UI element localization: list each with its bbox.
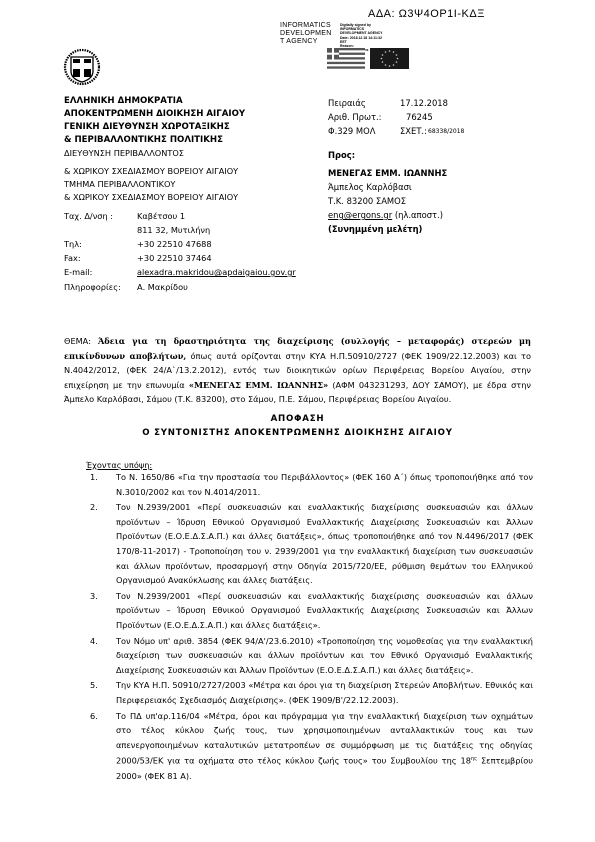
subject-paragraph: ΘΕΜΑ: Άδεια για τη δραστηριότητα της δια… xyxy=(64,334,531,407)
header-republic: ΕΛΛΗΝΙΚΗ ΔΗΜΟΚΡΑΤΙΑ xyxy=(64,96,183,106)
considerations-list: 1.Το Ν. 1650/86 «Για την προστασία του Π… xyxy=(90,470,533,784)
item-number: 1. xyxy=(90,470,98,485)
item-number: 4. xyxy=(90,634,98,649)
ada-code: ΑΔΑ: Ω3Ψ4ΟΡ1Ι-ΚΔΞ xyxy=(368,8,485,20)
info-label: Πληροφορίες: xyxy=(64,282,121,292)
recipient-email-link[interactable]: eng@ergons.gr xyxy=(328,210,392,220)
subject-company: «ΜΕΝΕΓΑΣ ΕΜΜ. ΙΩΑΝΝΗΣ» xyxy=(189,380,328,390)
recipient-name: ΜΕΝΕΓΑΣ ΕΜΜ. ΙΩΑΝΝΗΣ xyxy=(328,168,447,178)
phone-label: Τηλ: xyxy=(64,239,82,249)
item-number: 6. xyxy=(90,709,98,724)
item-text: Τον Ν.2939/2001 «Περί συσκευασιών και εν… xyxy=(116,591,533,630)
subject-label: ΘΕΜΑ: xyxy=(64,336,98,346)
recipient-email-note: (ηλ.αποστ.) xyxy=(395,210,443,220)
greek-emblem-icon xyxy=(63,47,101,87)
attachment-note: (Συνημμένη μελέτη) xyxy=(328,224,422,234)
related-label: ΣΧΕΤ.: xyxy=(400,126,427,136)
agency-line: T AGENCY xyxy=(280,38,332,46)
eu-flag-icon xyxy=(370,48,409,69)
file-label: Φ.329 ΜΟΛ xyxy=(328,126,375,136)
document-date: 17.12.2018 xyxy=(400,98,448,108)
item-number: 3. xyxy=(90,589,98,604)
header-department-cont: & ΧΩΡΙΚΟΥ ΣΧΕΔΙΑΣΜΟΥ ΒΟΡΕΙΟΥ ΑΙΓΑΙΟΥ xyxy=(64,192,238,202)
phone-value: +30 22510 47688 xyxy=(137,239,212,249)
list-item: 5.Την ΚΥΑ Η.Π. 50910/2727/2003 «Μέτρα κα… xyxy=(90,678,533,707)
item-number: 5. xyxy=(90,678,98,693)
to-label: Προς: xyxy=(328,150,355,160)
list-item: 2.Τον Ν.2939/2001 «Περί συσκευασιών και … xyxy=(90,500,533,588)
recipient-email-row: eng@ergons.gr (ηλ.αποστ.) xyxy=(328,210,443,220)
header-department: ΤΜΗΜΑ ΠΕΡΙΒΑΛΛΟΝΤΙΚΟΥ xyxy=(64,179,175,189)
header-general-directorate: ΓΕΝΙΚΗ ΔΙΕΥΘΥΝΣΗ ΧΩΡΟΤΑΞΙΚΗΣ xyxy=(64,122,230,132)
protocol-label: Αριθ. Πρωτ.: xyxy=(328,112,381,122)
decision-title: ΑΠΟΦΑΣΗ xyxy=(0,414,595,424)
list-item: 1.Το Ν. 1650/86 «Για την προστασία του Π… xyxy=(90,470,533,499)
header-authority: ΑΠΟΚΕΝΤΡΩΜΕΝΗ ΔΙΟΙΚΗΣΗ ΑΙΓΑΙΟΥ xyxy=(64,109,245,119)
recipient-address-2: Τ.Κ. 83200 ΣΑΜΟΣ xyxy=(328,196,406,206)
header-directorate: ΔΙΕΥΘΥΝΣΗ ΠΕΡΙΒΑΛΛΟΝΤΟΣ xyxy=(64,148,184,158)
item-text: Τον Νόμο υπ' αριθ. 3854 (ΦΕΚ 94/Α'/23.6.… xyxy=(116,636,533,675)
list-item: 3.Τον Ν.2939/2001 «Περί συσκευασιών και … xyxy=(90,589,533,633)
item-text: Το Ν. 1650/86 «Για την προστασία του Περ… xyxy=(116,472,533,497)
item-date-day: 18 xyxy=(461,756,471,766)
list-item: 4.Τον Νόμο υπ' αριθ. 3854 (ΦΕΚ 94/Α'/23.… xyxy=(90,634,533,678)
address-label: Ταχ. Δ/νση : xyxy=(64,211,113,221)
item-number: 2. xyxy=(90,500,98,515)
header-directorate-cont: & ΧΩΡΙΚΟΥ ΣΧΕΔΙΑΣΜΟΥ ΒΟΡΕΙΟΥ ΑΙΓΑΙΟΥ xyxy=(64,166,238,176)
address-line2: 811 32, Μυτιλήνη xyxy=(137,225,210,235)
signer-line: DEVELOPMENT AGENCY xyxy=(340,31,382,35)
place-label: Πειραιάς xyxy=(328,98,366,108)
email-label: E-mail: xyxy=(64,267,92,277)
address-line1: Καβέτσου 1 xyxy=(137,211,185,221)
item-text: Τον Ν.2939/2001 «Περί συσκευασιών και εν… xyxy=(116,502,533,585)
recipient-address-1: Άμπελος Καρλόβασι xyxy=(328,182,412,192)
info-value: Α. Μακρίδου xyxy=(137,282,188,292)
email-link[interactable]: alexadra.makridou@apdaigaiou.gov.gr xyxy=(137,267,296,277)
having-in-mind-label: Έχοντας υπόψη: xyxy=(86,460,152,470)
agency-line: INFORMATICS xyxy=(280,22,332,30)
header-general-directorate-cont: & ΠΕΡΙΒΑΛΛΟΝΤΙΚΗΣ ΠΟΛΙΤΙΚΗΣ xyxy=(64,135,223,145)
signature-agency-name: INFORMATICS DEVELOPMEN T AGENCY xyxy=(280,22,332,46)
decision-subtitle: Ο ΣΥΝΤΟΝΙΣΤΗΣ ΑΠΟΚΕΝΤΡΩΜΕΝΗΣ ΔΙΟΙΚΗΣΗΣ Α… xyxy=(0,428,595,438)
fax-label: Fax: xyxy=(64,253,81,263)
greek-flag-icon xyxy=(327,48,365,69)
list-item: 6.Το ΠΔ υπ'αρ.116/04 «Μέτρα, όροι και πρ… xyxy=(90,709,533,784)
item-text: Την ΚΥΑ Η.Π. 50910/2727/2003 «Μέτρα και … xyxy=(116,680,533,705)
fax-value: +30 22510 37464 xyxy=(137,253,212,263)
related-value: 68338/2018 xyxy=(428,128,464,135)
agency-line: DEVELOPMEN xyxy=(280,30,332,38)
protocol-number: 76245 xyxy=(406,112,433,122)
